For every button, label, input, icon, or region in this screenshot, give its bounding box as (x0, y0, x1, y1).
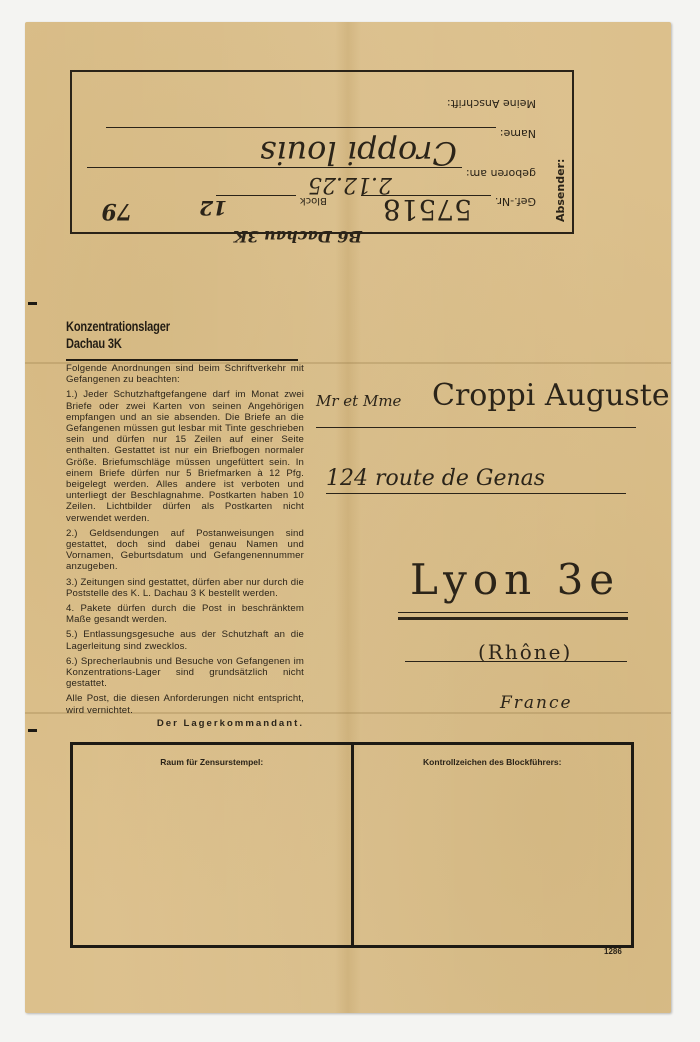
form-number: 1286 (604, 947, 622, 956)
regulations-intro: Folgende Anordnungen sind beim Schriftve… (66, 363, 304, 385)
block-leader-caption: Kontrollzeichen des Blockführers: (354, 757, 632, 767)
regulation-item: 4. Pakete dürfen durch die Post in besch… (66, 603, 304, 625)
stamp-area: Raum für Zensurstempel: Kontrollzeichen … (70, 742, 634, 948)
sender-name: Croppi louis (260, 134, 457, 172)
recipient-city: Lyon 3e (410, 555, 620, 604)
address-line (405, 661, 627, 662)
censor-stamp-caption: Raum für Zensurstempel: (73, 757, 351, 767)
recipient-country: France (500, 693, 573, 713)
regulation-item: 2.) Geldsendungen auf Postanweisungen si… (66, 528, 304, 573)
address-line (398, 617, 628, 620)
sender-box: Absender: Meine Anschrift: Name: geboren… (70, 70, 574, 234)
camp-heading: Konzentrationslager Dachau 3K (66, 318, 170, 352)
recipient-street: 124 route de Genas (326, 466, 545, 491)
sender-block-number: 12 (199, 196, 227, 220)
absender-label: Absender: (552, 159, 566, 222)
recipient-prefix: Mr et Mme (316, 392, 401, 410)
regulation-item: 5.) Entlassungsgesuche aus der Schutzhaf… (66, 629, 304, 651)
address-line (398, 612, 628, 613)
signature: Der Lagerkommandant. (66, 718, 304, 729)
fold-mark (28, 302, 37, 305)
regulations-text: Folgende Anordnungen sind beim Schriftve… (66, 363, 304, 733)
address-line (326, 493, 626, 494)
regulation-item: 6.) Sprecherlaubnis und Besuche von Gefa… (66, 656, 304, 690)
address-line (316, 427, 636, 428)
sender-prisoner-number: 57518 (383, 193, 472, 226)
address-field: Meine Anschrift: (447, 97, 536, 110)
heading-rule (66, 359, 298, 361)
regulation-item: 3.) Zeitungen sind gestattet, dürfen abe… (66, 577, 304, 599)
regulation-item: 1.) Jeder Schutzhaftgefangene darf im Mo… (66, 389, 304, 523)
pencil-mark: 79 (101, 198, 132, 224)
recipient-name: Croppi Auguste (432, 378, 670, 413)
block-leader-mark-box: Kontrollzeichen des Blockführers: (351, 745, 632, 945)
fold-mark (28, 729, 37, 732)
censor-stamp-box: Raum für Zensurstempel: (73, 745, 351, 945)
camp-annotation: B6 Dachau 3K (234, 227, 362, 246)
regulations-closing: Alle Post, die diesen Anforderungen nich… (66, 693, 304, 715)
sender-birthdate: 2.12.25 (308, 172, 392, 197)
